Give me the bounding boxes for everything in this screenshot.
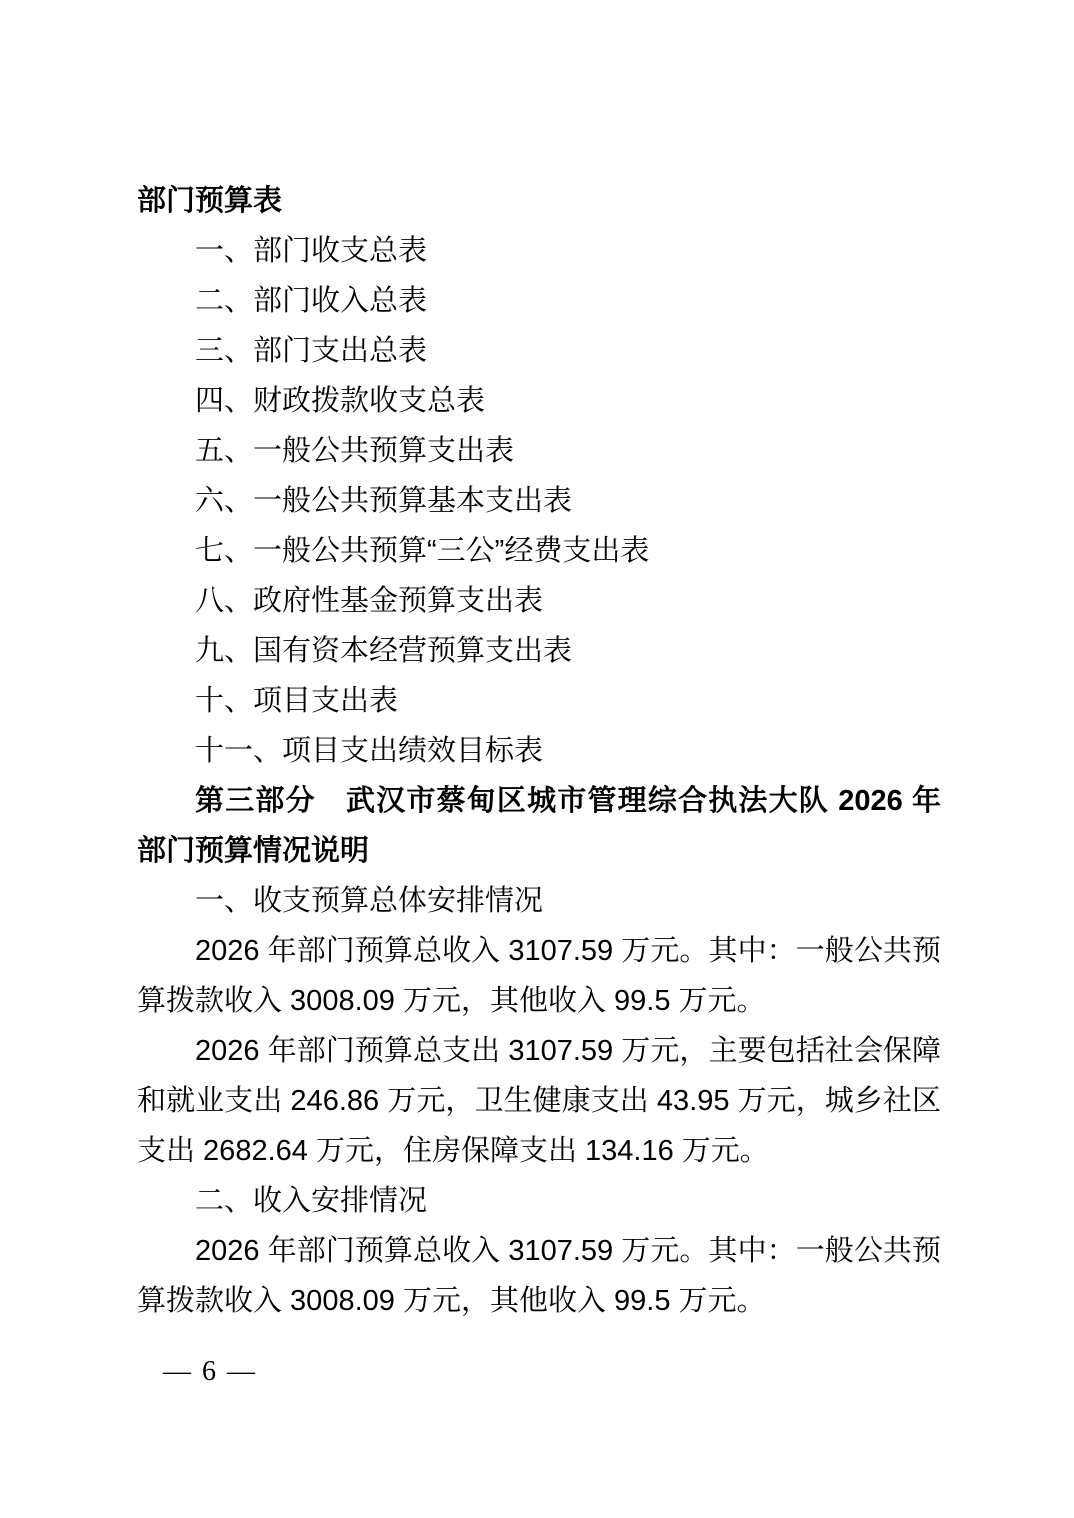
list-item-10: 十、项目支出表: [137, 676, 941, 726]
list-item-4: 四、财政拨款收支总表: [137, 376, 941, 426]
budget-tables-list: 一、部门收支总表 二、部门收入总表 三、部门支出总表 四、财政拨款收支总表 五、…: [137, 226, 941, 776]
income-overview-paragraph: 2026 年部门预算总收入 3107.59 万元。其中：一般公共预算拨款收入 3…: [137, 926, 941, 1026]
budget-tables-heading: 部门预算表: [137, 176, 941, 226]
list-item-7: 七、一般公共预算“三公”经费支出表: [137, 526, 941, 576]
list-item-6: 六、一般公共预算基本支出表: [137, 476, 941, 526]
list-item-5: 五、一般公共预算支出表: [137, 426, 941, 476]
document-content: 部门预算表 一、部门收支总表 二、部门收入总表 三、部门支出总表 四、财政拨款收…: [137, 176, 941, 1326]
expenditure-overview-paragraph: 2026 年部门预算总支出 3107.59 万元，主要包括社会保障和就业支出 2…: [137, 1026, 941, 1176]
list-item-2: 二、部门收入总表: [137, 276, 941, 326]
section1-heading: 一、收支预算总体安排情况: [137, 876, 941, 926]
income-detail-paragraph: 2026 年部门预算总收入 3107.59 万元。其中：一般公共预算拨款收入 3…: [137, 1226, 941, 1326]
document-page: 部门预算表 一、部门收支总表 二、部门收入总表 三、部门支出总表 四、财政拨款收…: [0, 0, 1074, 1518]
section2-heading: 二、收入安排情况: [137, 1176, 941, 1226]
part3-heading: 第三部分 武汉市蔡甸区城市管理综合执法大队 2026 年部门预算情况说明: [137, 776, 941, 876]
page-number: — 6 —: [163, 1352, 257, 1392]
list-item-1: 一、部门收支总表: [137, 226, 941, 276]
list-item-11: 十一、项目支出绩效目标表: [137, 726, 941, 776]
list-item-3: 三、部门支出总表: [137, 326, 941, 376]
list-item-9: 九、国有资本经营预算支出表: [137, 626, 941, 676]
list-item-8: 八、政府性基金预算支出表: [137, 576, 941, 626]
